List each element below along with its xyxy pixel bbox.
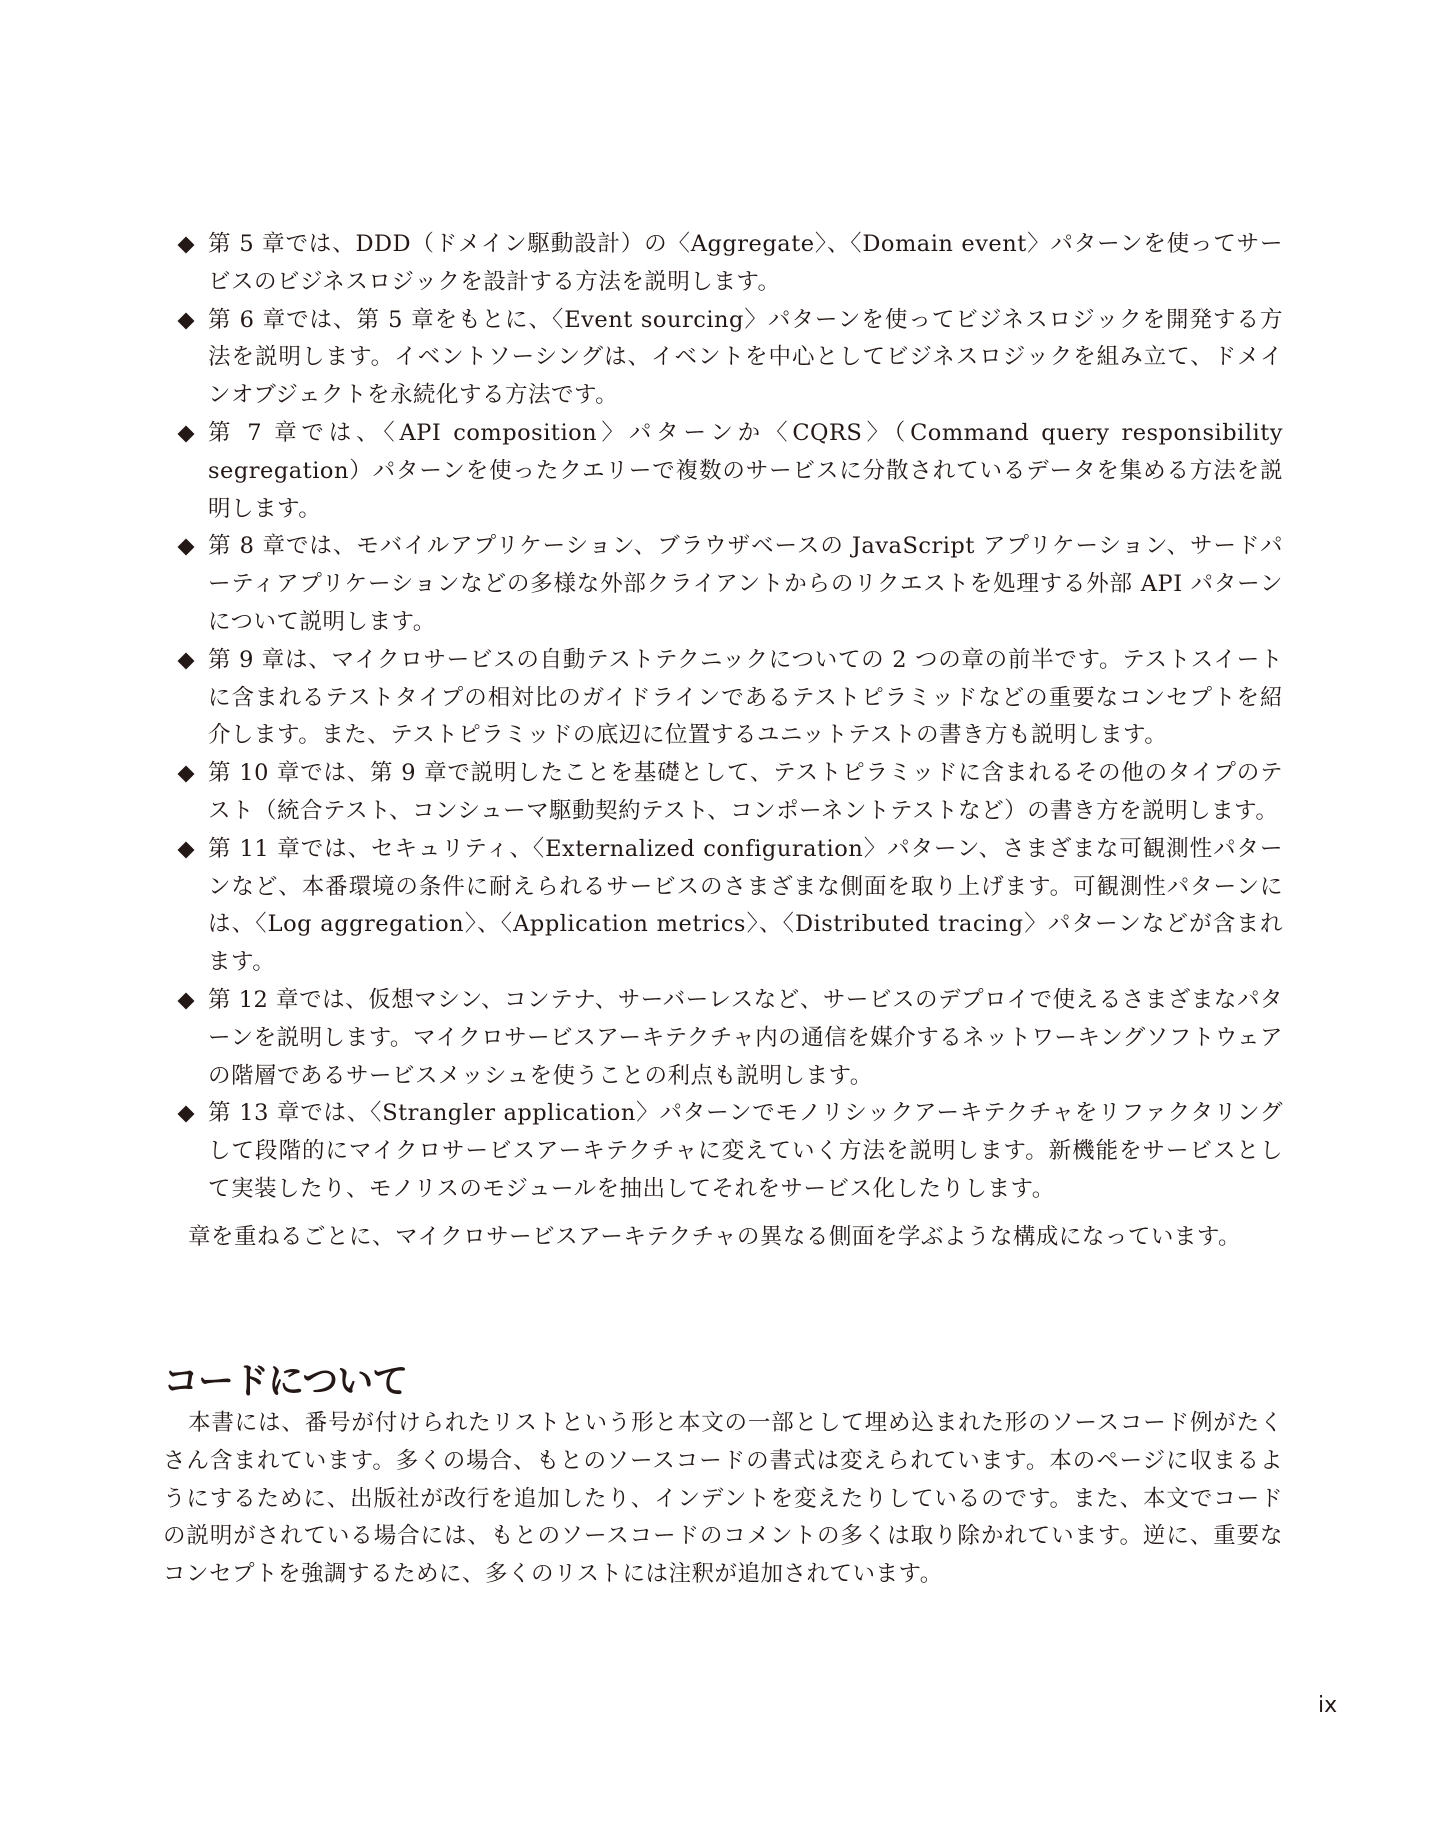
diamond-bullet-icon: [178, 237, 195, 254]
diamond-bullet-icon: [178, 312, 195, 329]
chapter-item-10: 第 10 章では、第 9 章で説明したことを基礎として、テストピラミッドに含まれ…: [163, 755, 1283, 831]
section-heading-code: コードについて: [163, 1358, 407, 1406]
page-number: ix: [1318, 1693, 1337, 1718]
book-page: 第 5 章では、DDD（ドメイン駆動設計）の〈Aggregate〉、〈Domai…: [0, 0, 1433, 1827]
chapter-item-text: 第 13 章では、〈Strangler application〉パターンでモノリ…: [208, 1100, 1283, 1202]
chapter-item-text: 第 9 章は、マイクロサービスの自動テストテクニックについての 2 つの章の前半…: [208, 647, 1283, 749]
diamond-bullet-icon: [178, 539, 195, 556]
chapter-item-11: 第 11 章では、セキュリティ、〈Externalized configurat…: [163, 831, 1283, 982]
section-body-code: 本書には、番号が付けられたリストという形と本文の一部として埋め込まれた形のソース…: [163, 1405, 1283, 1594]
chapter-item-text: 第 6 章では、第 5 章をもとに、〈Event sourcing〉パターンを使…: [208, 307, 1283, 409]
chapter-item-12: 第 12 章では、仮想マシン、コンテナ、サーバーレスなど、サービスのデプロイで使…: [163, 982, 1283, 1095]
chapter-item-7: 第 7 章では、〈API composition〉パターンか〈CQRS〉（Com…: [163, 415, 1283, 528]
diamond-bullet-icon: [178, 1106, 195, 1123]
diamond-bullet-icon: [178, 992, 195, 1009]
chapter-item-9: 第 9 章は、マイクロサービスの自動テストテクニックについての 2 つの章の前半…: [163, 642, 1283, 755]
chapter-overview: 第 5 章では、DDD（ドメイン駆動設計）の〈Aggregate〉、〈Domai…: [163, 226, 1283, 1257]
chapter-item-text: 第 8 章では、モバイルアプリケーション、ブラウザベースの JavaScript…: [208, 533, 1283, 635]
chapter-item-13: 第 13 章では、〈Strangler application〉パターンでモノリ…: [163, 1095, 1283, 1208]
chapter-item-text: 第 5 章では、DDD（ドメイン駆動設計）の〈Aggregate〉、〈Domai…: [208, 231, 1283, 295]
chapter-list: 第 5 章では、DDD（ドメイン駆動設計）の〈Aggregate〉、〈Domai…: [163, 226, 1283, 1209]
diamond-bullet-icon: [178, 652, 195, 669]
chapter-item-text: 第 11 章では、セキュリティ、〈Externalized configurat…: [208, 836, 1283, 975]
diamond-bullet-icon: [178, 766, 195, 783]
chapter-item-5: 第 5 章では、DDD（ドメイン駆動設計）の〈Aggregate〉、〈Domai…: [163, 226, 1283, 302]
chapter-item-text: 第 10 章では、第 9 章で説明したことを基礎として、テストピラミッドに含まれ…: [208, 760, 1283, 824]
chapter-item-8: 第 8 章では、モバイルアプリケーション、ブラウザベースの JavaScript…: [163, 528, 1283, 641]
chapter-item-text: 第 7 章では、〈API composition〉パターンか〈CQRS〉（Com…: [208, 420, 1283, 522]
chapter-summary: 章を重ねるごとに、マイクロサービスアーキテクチャの異なる側面を学ぶような構成にな…: [163, 1219, 1283, 1257]
chapter-item-text: 第 12 章では、仮想マシン、コンテナ、サーバーレスなど、サービスのデプロイで使…: [208, 987, 1283, 1089]
diamond-bullet-icon: [178, 425, 195, 442]
chapter-item-6: 第 6 章では、第 5 章をもとに、〈Event sourcing〉パターンを使…: [163, 302, 1283, 415]
diamond-bullet-icon: [178, 841, 195, 858]
